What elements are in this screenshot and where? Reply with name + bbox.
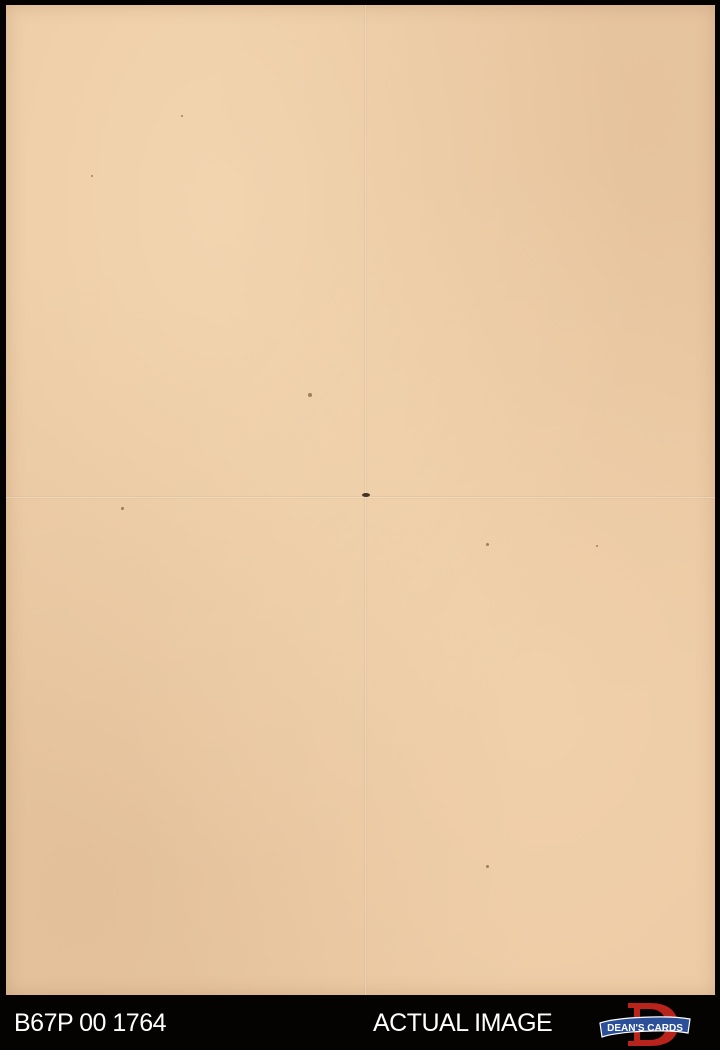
deans-cards-logo-icon: DEAN'S CARDS: [598, 1001, 692, 1047]
paper-spot: [308, 393, 312, 397]
paper-spot: [121, 507, 124, 510]
deans-cards-logo: DEAN'S CARDS: [598, 1001, 692, 1047]
svg-text:DEAN'S CARDS: DEAN'S CARDS: [607, 1023, 683, 1034]
vertical-fold-line: [364, 5, 367, 995]
paper-spot: [181, 115, 183, 117]
paper-sheet: [6, 5, 715, 995]
footer-bar: B67P 00 1764 ACTUAL IMAGE DEAN'S CARDS: [0, 995, 720, 1050]
horizontal-fold-line: [6, 496, 715, 499]
actual-image-label: ACTUAL IMAGE: [373, 1009, 552, 1038]
paper-spot: [486, 543, 489, 546]
paper-spot: [596, 545, 598, 547]
item-code: B67P 00 1764: [14, 1009, 166, 1038]
paper-spot: [91, 175, 93, 177]
paper-spot: [486, 865, 489, 868]
paper-spot: [362, 493, 370, 497]
